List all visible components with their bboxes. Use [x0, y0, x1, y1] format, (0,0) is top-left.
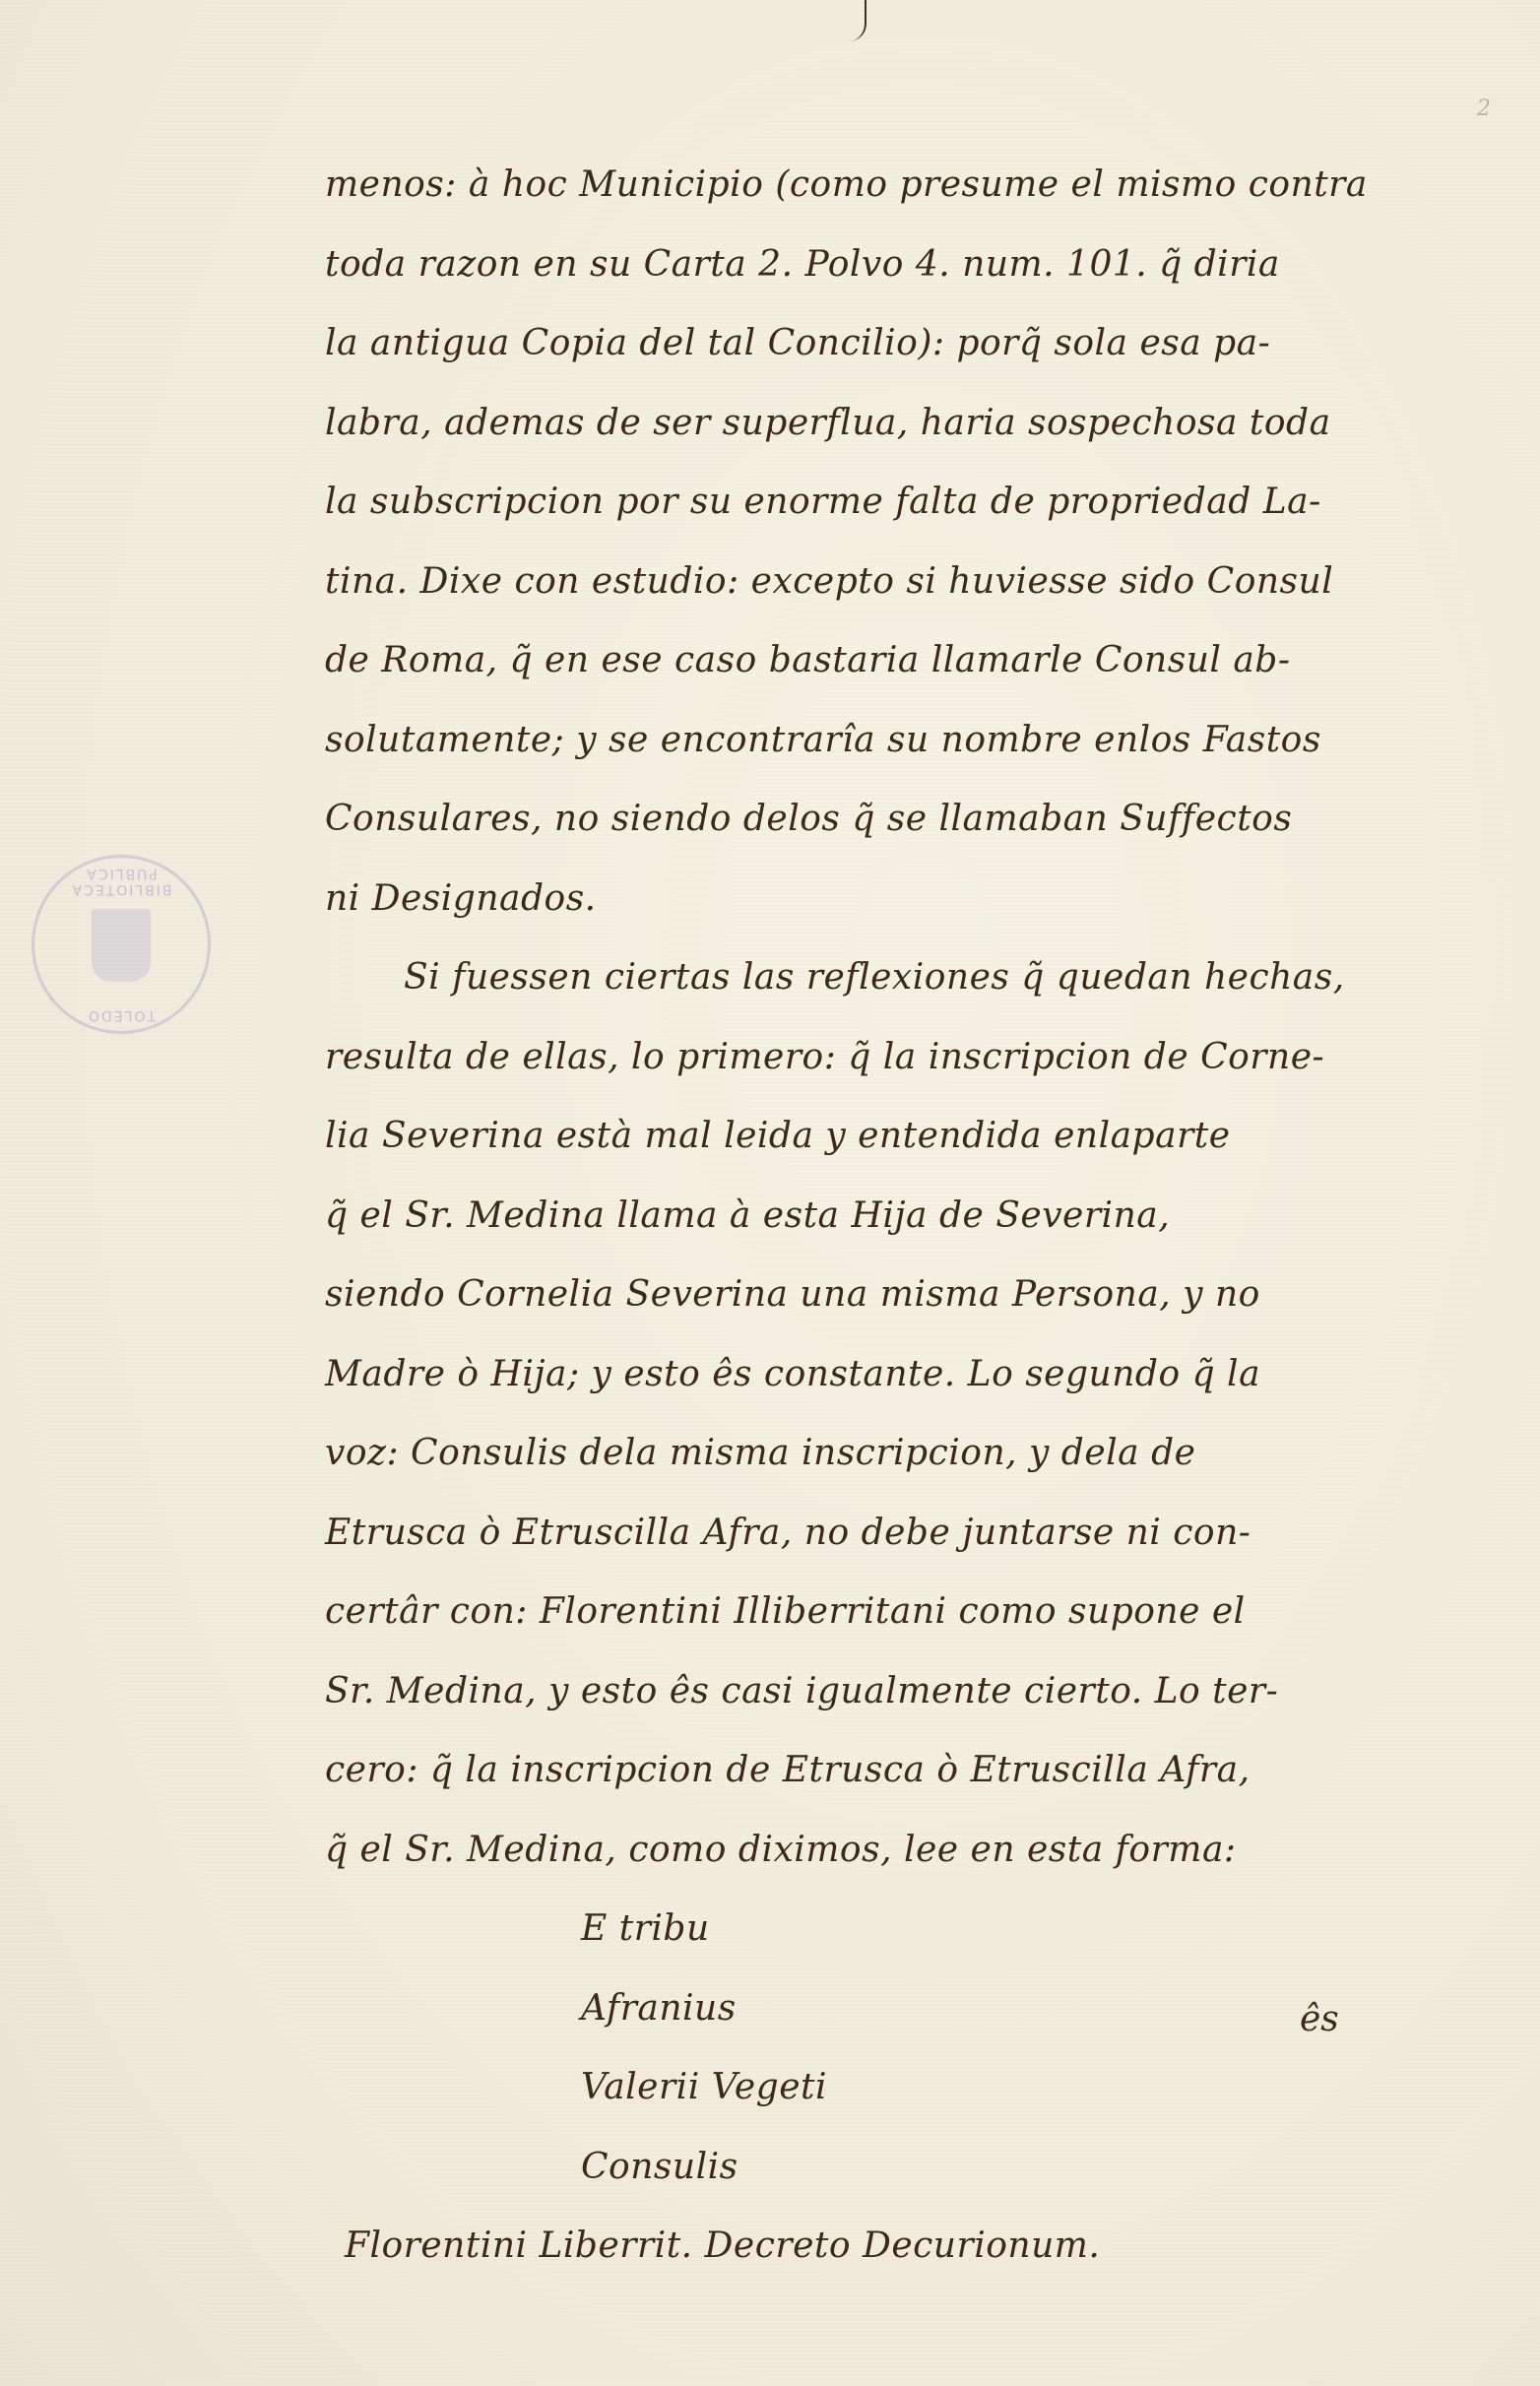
paragraph-2: Si fuessen ciertas las reflexiones q̃ qu…	[325, 938, 1447, 1890]
inscription-line: Florentini Liberrit. Decreto Decurionum.	[325, 2207, 1447, 2287]
text-line: ni Designados.	[325, 860, 1447, 939]
text-line: q̃ el Sr. Medina, como diximos, lee en e…	[325, 1811, 1447, 1891]
text-line: menos: à hoc Municipio (como presume el …	[325, 146, 1447, 226]
text-line: Madre ò Hija; y esto ês constante. Lo se…	[325, 1335, 1447, 1415]
text-line: la subscripcion por su enorme falta de p…	[325, 463, 1447, 543]
coat-of-arms-icon	[92, 909, 151, 982]
text-line: q̃ el Sr. Medina llama à esta Hija de Se…	[325, 1177, 1447, 1257]
text-line: resulta de ellas, lo primero: q̃ la insc…	[325, 1018, 1447, 1098]
text-line: cero: q̃ la inscripcion de Etrusca ò Etr…	[325, 1731, 1447, 1811]
manuscript-text: menos: à hoc Municipio (como presume el …	[325, 146, 1447, 2287]
text-line: la antigua Copia del tal Concilio): porq…	[325, 304, 1447, 384]
text-line: siendo Cornelia Severina una misma Perso…	[325, 1256, 1447, 1335]
text-line: certâr con: Florentini Illiberritani com…	[325, 1573, 1447, 1652]
page-number: 2	[1477, 97, 1491, 121]
text-line: toda razon en su Carta 2. Polvo 4. num. …	[325, 226, 1447, 305]
library-stamp: BIBLIOTECA PUBLICA TOLEDO	[32, 855, 211, 1034]
catchword: ês	[1300, 1999, 1339, 2039]
text-line: labra, ademas de ser superflua, haria so…	[325, 384, 1447, 464]
text-line: Consulares, no siendo delos q̃ se llamab…	[325, 780, 1447, 860]
text-line: voz: Consulis dela misma inscripcion, y …	[325, 1414, 1447, 1494]
text-line: lia Severina està mal leida y entendida …	[325, 1097, 1447, 1177]
inscription-line: Consulis	[325, 2128, 1447, 2208]
paragraph-1: menos: à hoc Municipio (como presume el …	[325, 146, 1447, 938]
quoted-inscription: E tribu Afranius Valerii Vegeti Consulis…	[325, 1890, 1447, 2287]
text-line: solutamente; y se encontrarîa su nombre …	[325, 701, 1447, 781]
text-line: Etrusca ò Etruscilla Afra, no debe junta…	[325, 1494, 1447, 1574]
text-line: Sr. Medina, y esto ês casi igualmente ci…	[325, 1652, 1447, 1732]
text-line: de Roma, q̃ en ese caso bastaria llamarl…	[325, 621, 1447, 701]
inscription-line: Valerii Vegeti	[325, 2048, 1447, 2128]
stamp-bottom-text: TOLEDO	[34, 1007, 208, 1023]
stamp-top-text: BIBLIOTECA PUBLICA	[34, 866, 208, 897]
text-line: Si fuessen ciertas las reflexiones q̃ qu…	[325, 938, 1447, 1018]
text-line: tina. Dixe con estudio: excepto si huvie…	[325, 543, 1447, 622]
inscription-line: E tribu	[325, 1890, 1447, 1969]
inscription-line: Afranius	[325, 1969, 1447, 2049]
